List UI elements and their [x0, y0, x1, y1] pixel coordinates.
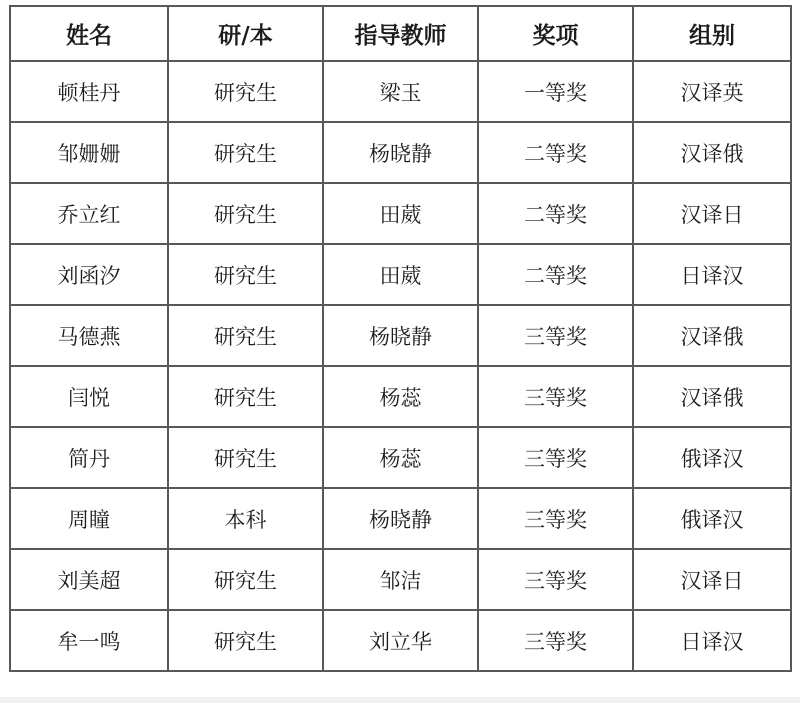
awards-table: 姓名 研/本 指导教师 奖项 组别 顿桂丹研究生梁玉一等奖汉译英邹姗姗研究生杨晓… — [9, 5, 792, 672]
table-row: 闫悦研究生杨蕊三等奖汉译俄 — [10, 366, 791, 427]
table-row: 顿桂丹研究生梁玉一等奖汉译英 — [10, 61, 791, 122]
table-cell-group: 汉译日 — [633, 183, 791, 244]
table-cell-group: 汉译俄 — [633, 366, 791, 427]
table-cell-award: 二等奖 — [478, 122, 633, 183]
table-row: 简丹研究生杨蕊三等奖俄译汉 — [10, 427, 791, 488]
table-row: 邹姗姗研究生杨晓静二等奖汉译俄 — [10, 122, 791, 183]
table-cell-level: 研究生 — [168, 183, 323, 244]
table-cell-advisor: 邹洁 — [323, 549, 478, 610]
table-cell-award: 三等奖 — [478, 305, 633, 366]
table-cell-name: 周瞳 — [10, 488, 168, 549]
table-cell-award: 一等奖 — [478, 61, 633, 122]
table-cell-level: 研究生 — [168, 549, 323, 610]
table-row: 乔立红研究生田葳二等奖汉译日 — [10, 183, 791, 244]
table-cell-level: 本科 — [168, 488, 323, 549]
table-cell-level: 研究生 — [168, 244, 323, 305]
table-cell-award: 三等奖 — [478, 366, 633, 427]
table-cell-name: 乔立红 — [10, 183, 168, 244]
table-row: 刘函汐研究生田葳二等奖日译汉 — [10, 244, 791, 305]
table-cell-level: 研究生 — [168, 305, 323, 366]
table-cell-award: 二等奖 — [478, 183, 633, 244]
table-cell-group: 汉译俄 — [633, 305, 791, 366]
table-cell-advisor: 田葳 — [323, 244, 478, 305]
table-body: 顿桂丹研究生梁玉一等奖汉译英邹姗姗研究生杨晓静二等奖汉译俄乔立红研究生田葳二等奖… — [10, 61, 791, 671]
table-cell-level: 研究生 — [168, 427, 323, 488]
header-advisor: 指导教师 — [323, 6, 478, 61]
table-cell-group: 日译汉 — [633, 244, 791, 305]
table-row: 周瞳本科杨晓静三等奖俄译汉 — [10, 488, 791, 549]
table-cell-level: 研究生 — [168, 122, 323, 183]
table-cell-award: 三等奖 — [478, 427, 633, 488]
table-cell-group: 汉译英 — [633, 61, 791, 122]
table-row: 刘美超研究生邹洁三等奖汉译日 — [10, 549, 791, 610]
table-cell-award: 三等奖 — [478, 610, 633, 671]
table-cell-advisor: 杨蕊 — [323, 366, 478, 427]
table-cell-group: 汉译日 — [633, 549, 791, 610]
table-cell-advisor: 杨晓静 — [323, 488, 478, 549]
table-cell-group: 日译汉 — [633, 610, 791, 671]
table-cell-group: 俄译汉 — [633, 488, 791, 549]
table-cell-advisor: 梁玉 — [323, 61, 478, 122]
table-header-row: 姓名 研/本 指导教师 奖项 组别 — [10, 6, 791, 61]
table-row: 牟一鸣研究生刘立华三等奖日译汉 — [10, 610, 791, 671]
table-cell-name: 邹姗姗 — [10, 122, 168, 183]
table-cell-name: 闫悦 — [10, 366, 168, 427]
table-cell-advisor: 杨蕊 — [323, 427, 478, 488]
header-award: 奖项 — [478, 6, 633, 61]
header-name: 姓名 — [10, 6, 168, 61]
table-cell-level: 研究生 — [168, 61, 323, 122]
table-cell-level: 研究生 — [168, 610, 323, 671]
table-cell-award: 三等奖 — [478, 549, 633, 610]
table-cell-level: 研究生 — [168, 366, 323, 427]
table-cell-name: 顿桂丹 — [10, 61, 168, 122]
table-cell-advisor: 田葳 — [323, 183, 478, 244]
table-cell-award: 三等奖 — [478, 488, 633, 549]
footer-strip — [0, 697, 800, 703]
table-cell-name: 刘美超 — [10, 549, 168, 610]
table-cell-advisor: 杨晓静 — [323, 122, 478, 183]
table-cell-advisor: 杨晓静 — [323, 305, 478, 366]
table-cell-advisor: 刘立华 — [323, 610, 478, 671]
header-group: 组别 — [633, 6, 791, 61]
table-cell-name: 刘函汐 — [10, 244, 168, 305]
table-cell-group: 汉译俄 — [633, 122, 791, 183]
table-row: 马德燕研究生杨晓静三等奖汉译俄 — [10, 305, 791, 366]
table-cell-group: 俄译汉 — [633, 427, 791, 488]
table-cell-name: 马德燕 — [10, 305, 168, 366]
table-cell-name: 简丹 — [10, 427, 168, 488]
table-cell-award: 二等奖 — [478, 244, 633, 305]
table-cell-name: 牟一鸣 — [10, 610, 168, 671]
header-level: 研/本 — [168, 6, 323, 61]
